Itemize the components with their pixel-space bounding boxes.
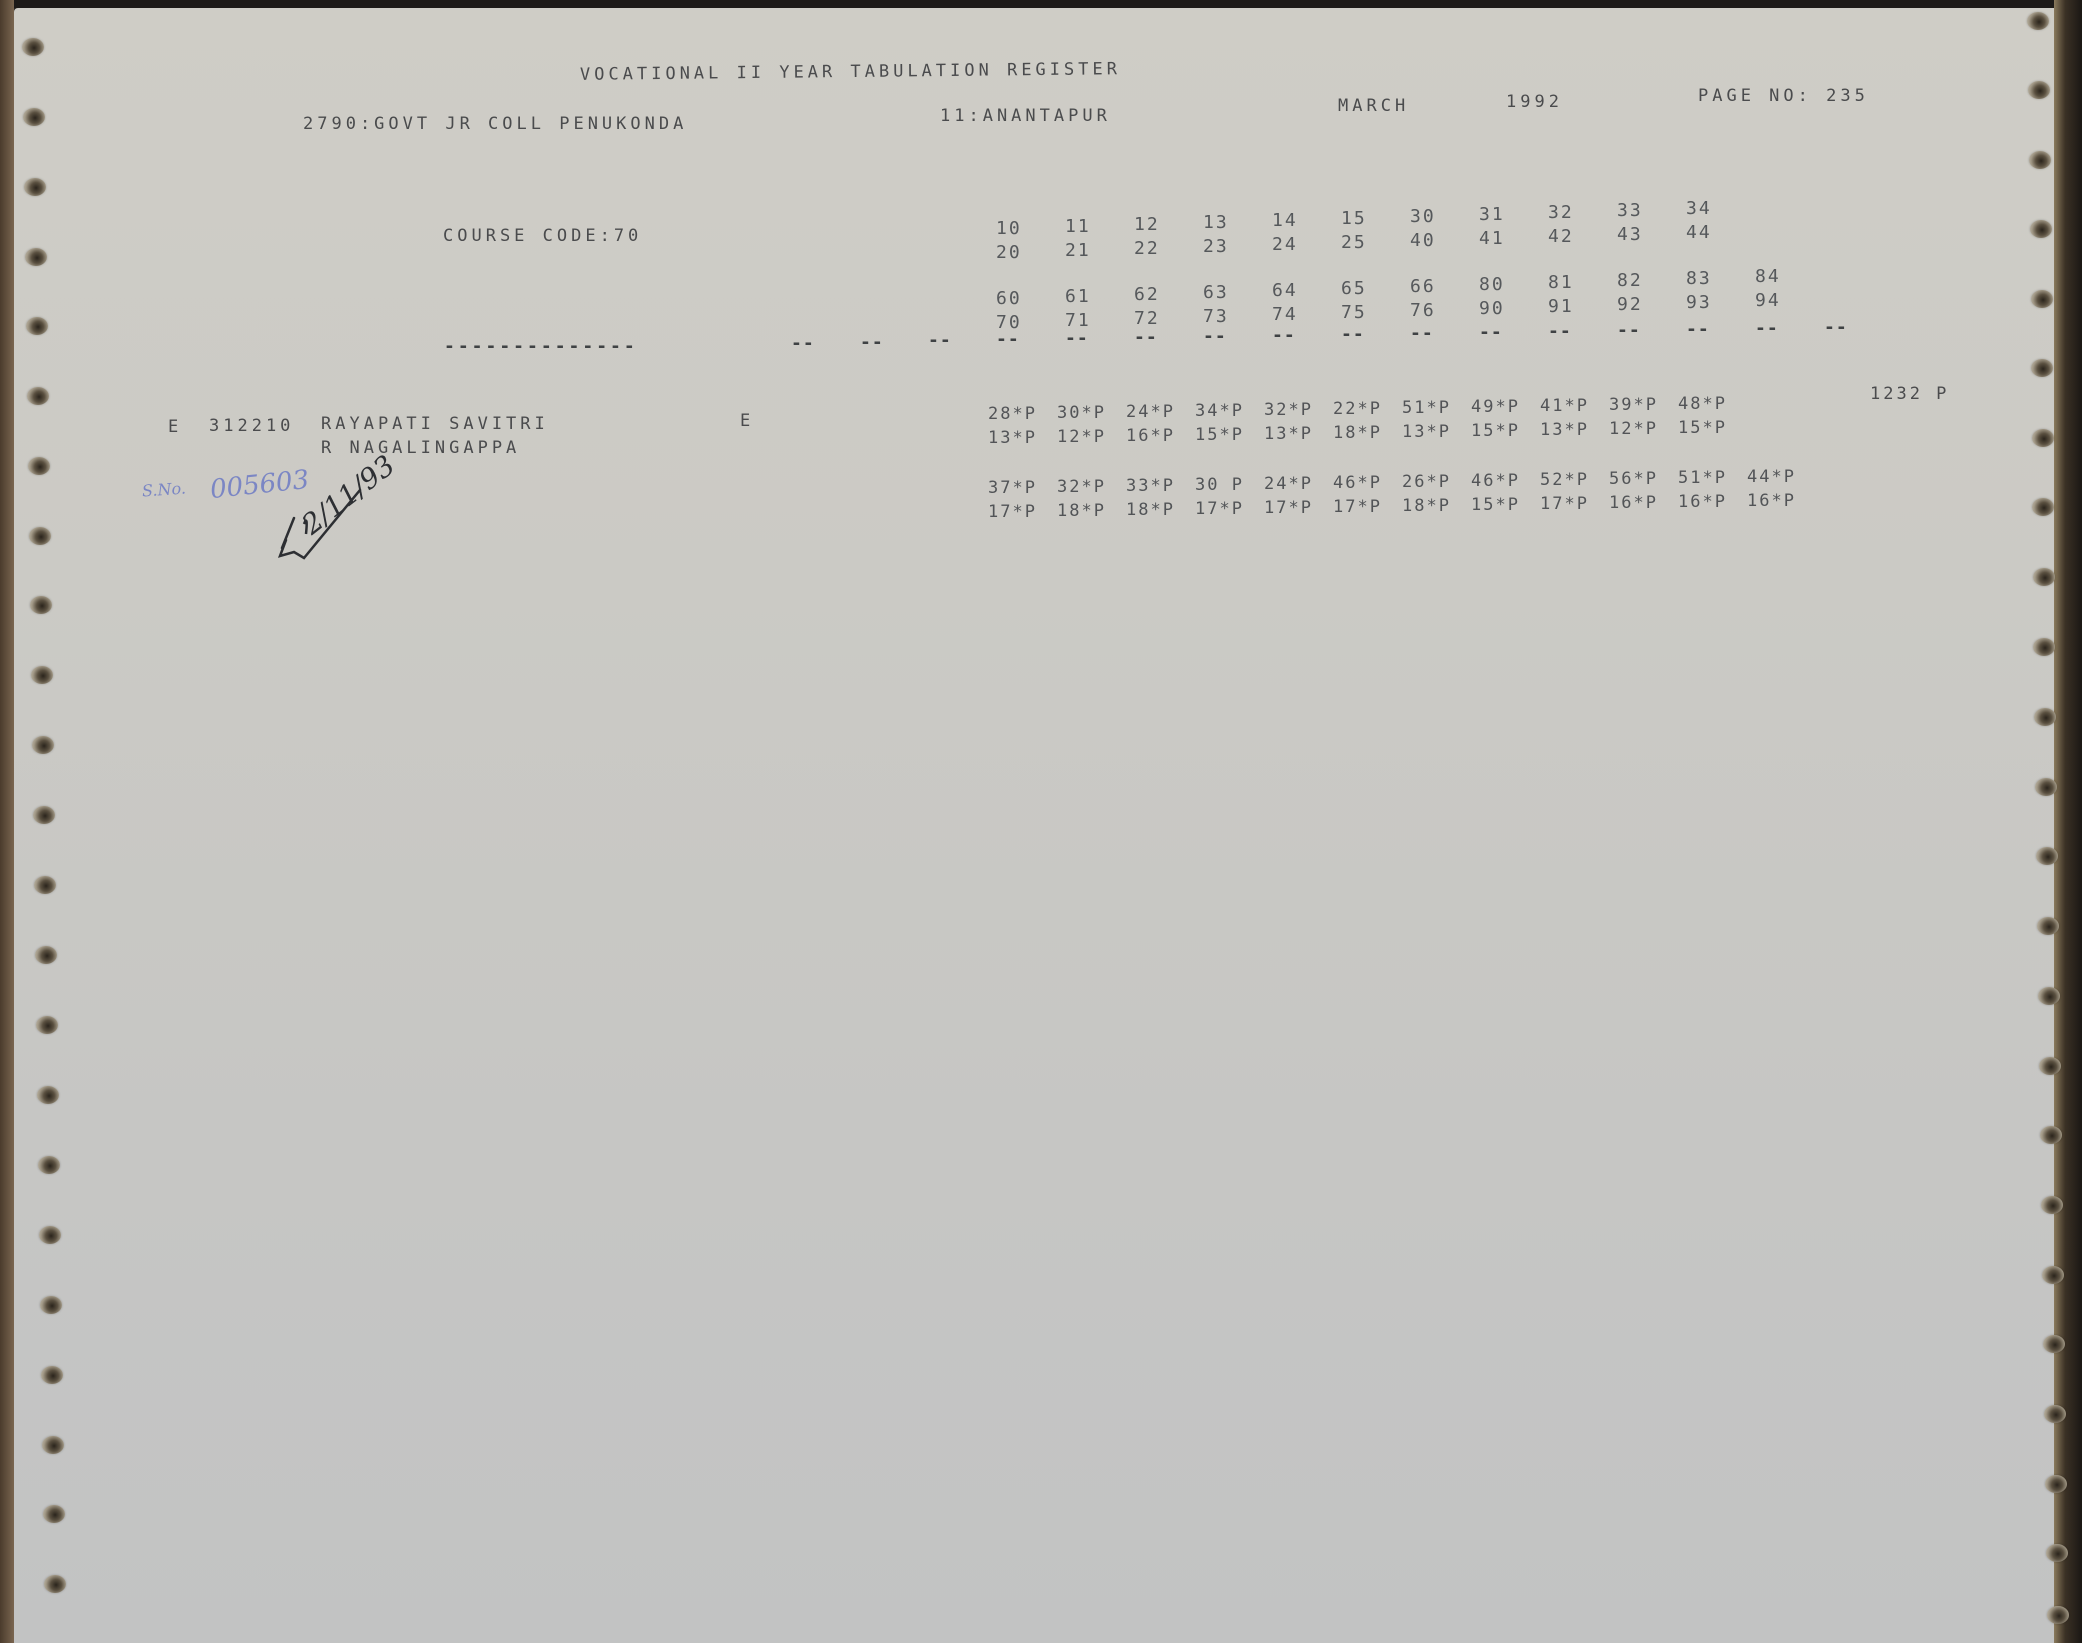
background-left-edge — [0, 0, 14, 1643]
mark-cell: 46*P — [1333, 475, 1382, 492]
separator-dash: -- — [996, 331, 1020, 349]
separator-dash: -- — [1410, 325, 1434, 343]
column-header: 41 — [1479, 230, 1505, 248]
column-header: 75 — [1341, 304, 1367, 322]
mark-cell: 18*P — [1402, 498, 1451, 515]
column-header: 42 — [1548, 228, 1574, 246]
feed-hole-icon — [32, 736, 54, 754]
continuous-form-page: VOCATIONAL II YEAR TABULATION REGISTER 2… — [14, 8, 2054, 1643]
column-header: 33 — [1617, 202, 1643, 220]
feed-hole-icon — [2047, 1606, 2069, 1624]
column-header: 13 — [1203, 214, 1229, 232]
mark-cell: 44*P — [1747, 469, 1796, 486]
feed-hole-icon — [28, 457, 50, 475]
feed-hole-icon — [29, 527, 51, 545]
column-header: 60 — [996, 290, 1022, 308]
feed-hole-icon — [30, 596, 52, 614]
feed-hole-icon — [41, 1366, 63, 1384]
column-header: 91 — [1548, 298, 1574, 316]
mark-cell: 52*P — [1540, 472, 1589, 489]
mark-cell: 17*P — [1195, 501, 1244, 518]
course-code: COURSE CODE:70 — [443, 228, 642, 245]
feed-hole-icon — [36, 1016, 58, 1034]
mark-cell: 15*P — [1471, 497, 1520, 514]
mark-cell: 48*P — [1678, 396, 1727, 413]
mark-cell: 32*P — [1057, 479, 1106, 496]
student-category: E — [740, 413, 754, 430]
column-header: 93 — [1686, 294, 1712, 312]
mark-cell: 30 P — [1195, 477, 1244, 494]
mark-cell: 26*P — [1402, 474, 1451, 491]
feed-hole-icon — [2027, 12, 2049, 30]
mark-cell: 15*P — [1195, 427, 1244, 444]
mark-cell: 16*P — [1609, 495, 1658, 512]
mark-cell: 51*P — [1678, 470, 1727, 487]
feed-hole-icon — [2035, 778, 2057, 796]
separator-dash: -- — [1134, 329, 1158, 347]
separator-dash: -- — [1272, 327, 1296, 345]
mark-cell: 12*P — [1609, 421, 1658, 438]
mark-cell: 12*P — [1057, 429, 1106, 446]
mark-cell: 49*P — [1471, 399, 1520, 416]
feed-hole-icon — [2045, 1475, 2067, 1493]
column-header: 10 — [996, 220, 1022, 238]
mark-cell: 13*P — [1402, 424, 1451, 441]
mark-cell: 17*P — [1264, 500, 1313, 517]
mark-cell: 13*P — [988, 430, 1037, 447]
separator-dash: -- — [1341, 326, 1365, 344]
column-header: 74 — [1272, 306, 1298, 324]
feed-hole-icon — [2037, 917, 2059, 935]
column-header: 63 — [1203, 284, 1229, 302]
column-header: 73 — [1203, 308, 1229, 326]
feed-hole-icon — [23, 108, 45, 126]
feed-hole-icon — [2034, 708, 2056, 726]
feed-hole-icon — [2031, 359, 2053, 377]
column-header: 12 — [1134, 216, 1160, 234]
feed-hole-icon — [27, 387, 49, 405]
background-top-edge — [0, 0, 2082, 8]
register-title: VOCATIONAL II YEAR TABULATION REGISTER — [580, 61, 1121, 84]
mark-cell: 24*P — [1126, 404, 1175, 421]
mark-cell: 56*P — [1609, 471, 1658, 488]
mark-cell: 15*P — [1678, 420, 1727, 437]
mark-cell: 13*P — [1264, 426, 1313, 443]
feed-hole-icon — [34, 876, 56, 894]
feed-hole-icon — [31, 666, 53, 684]
column-header: 83 — [1686, 270, 1712, 288]
column-header: 21 — [1065, 242, 1091, 260]
separator-dash: -- — [1755, 320, 1779, 338]
mark-cell: 16*P — [1678, 494, 1727, 511]
separator-dash: -- — [1824, 319, 1848, 337]
feed-hole-icon — [2031, 290, 2053, 308]
mark-cell: 18*P — [1057, 503, 1106, 520]
student-father-name: R NAGALINGAPPA — [321, 440, 520, 457]
feed-hole-icon — [26, 317, 48, 335]
mark-cell: 18*P — [1126, 502, 1175, 519]
column-header: 25 — [1341, 234, 1367, 252]
column-header: 92 — [1617, 296, 1643, 314]
mark-cell: 51*P — [1402, 400, 1451, 417]
feed-hole-icon — [2036, 847, 2058, 865]
mark-cell: 16*P — [1747, 493, 1796, 510]
column-header: 76 — [1410, 302, 1436, 320]
column-header: 20 — [996, 244, 1022, 262]
feed-hole-icon — [37, 1086, 59, 1104]
exam-month: MARCH — [1338, 98, 1409, 115]
column-header: 65 — [1341, 280, 1367, 298]
column-header: 80 — [1479, 276, 1505, 294]
mark-cell: 33*P — [1126, 478, 1175, 495]
column-header: 40 — [1410, 232, 1436, 250]
column-header: 23 — [1203, 238, 1229, 256]
feed-hole-icon — [43, 1505, 65, 1523]
mark-cell: 32*P — [1264, 402, 1313, 419]
mark-cell: 18*P — [1333, 425, 1382, 442]
feed-hole-icon — [40, 1296, 62, 1314]
column-header: 62 — [1134, 286, 1160, 304]
feed-hole-icon — [2032, 429, 2054, 447]
mark-cell: 13*P — [1540, 422, 1589, 439]
mark-cell: 17*P — [988, 504, 1037, 521]
separator-dash: -- — [1479, 324, 1503, 342]
feed-hole-icon — [2038, 987, 2060, 1005]
mark-cell: 37*P — [988, 480, 1037, 497]
feed-hole-icon — [2039, 1057, 2061, 1075]
feed-hole-icon — [2042, 1266, 2064, 1284]
student-total: 1232 P — [1870, 386, 1949, 403]
column-header: 84 — [1755, 268, 1781, 286]
feed-hole-icon — [2028, 81, 2050, 99]
student-medium: E — [168, 419, 182, 436]
feed-hole-icon — [2041, 1196, 2063, 1214]
feed-hole-icon — [2030, 220, 2052, 238]
feed-hole-icon — [33, 806, 55, 824]
student-name: RAYAPATI SAVITRI — [321, 416, 549, 433]
separator-dash: -- — [928, 332, 952, 350]
column-header: 72 — [1134, 310, 1160, 328]
feed-hole-icon — [24, 178, 46, 196]
separator-dash: -- — [1686, 321, 1710, 339]
column-header: 22 — [1134, 240, 1160, 258]
mark-cell: 28*P — [988, 406, 1037, 423]
college-name: 2790:GOVT JR COLL PENUKONDA — [303, 116, 687, 133]
column-header: 66 — [1410, 278, 1436, 296]
mark-cell: 24*P — [1264, 476, 1313, 493]
separator-dash: -- — [1548, 323, 1572, 341]
column-header: 94 — [1755, 292, 1781, 310]
mark-cell: 22*P — [1333, 401, 1382, 418]
column-header: 34 — [1686, 200, 1712, 218]
course-underline: -------------- — [444, 338, 638, 356]
feed-hole-icon — [2032, 498, 2054, 516]
exam-year: 1992 — [1506, 94, 1563, 111]
feed-hole-icon — [2033, 568, 2055, 586]
column-header: 61 — [1065, 288, 1091, 306]
mark-cell: 41*P — [1540, 398, 1589, 415]
page-number: PAGE NO: 235 — [1698, 88, 1869, 105]
column-header: 14 — [1272, 212, 1298, 230]
feed-hole-icon — [35, 946, 57, 964]
separator-dash: -- — [1065, 330, 1089, 348]
feed-hole-icon — [2044, 1405, 2066, 1423]
column-header: 64 — [1272, 282, 1298, 300]
mark-cell: 17*P — [1333, 499, 1382, 516]
feed-hole-icon — [38, 1156, 60, 1174]
separator-dash: -- — [791, 335, 815, 353]
mark-cell: 30*P — [1057, 405, 1106, 422]
feed-hole-icon — [2033, 638, 2055, 656]
feed-hole-icon — [39, 1226, 61, 1244]
feed-hole-icon — [42, 1436, 64, 1454]
column-header: 81 — [1548, 274, 1574, 292]
column-header: 11 — [1065, 218, 1091, 236]
district-name: 11:ANANTAPUR — [940, 108, 1111, 125]
separator-dash: -- — [1617, 322, 1641, 340]
column-header: 90 — [1479, 300, 1505, 318]
student-hall-ticket: 312210 — [209, 418, 294, 435]
mark-cell: 46*P — [1471, 473, 1520, 490]
feed-hole-icon — [2029, 151, 2051, 169]
handwritten-serial-label: S.No. — [141, 478, 186, 500]
mark-cell: 17*P — [1540, 496, 1589, 513]
mark-cell: 34*P — [1195, 403, 1244, 420]
feed-hole-icon — [22, 38, 44, 56]
feed-hole-icon — [2046, 1544, 2068, 1562]
background-right-edge — [2054, 0, 2082, 1643]
mark-cell: 15*P — [1471, 423, 1520, 440]
column-header: 44 — [1686, 224, 1712, 242]
feed-hole-icon — [44, 1575, 66, 1593]
separator-dash: -- — [1203, 328, 1227, 346]
mark-cell: 16*P — [1126, 428, 1175, 445]
column-header: 82 — [1617, 272, 1643, 290]
feed-hole-icon — [2040, 1126, 2062, 1144]
column-header: 31 — [1479, 206, 1505, 224]
column-header: 15 — [1341, 210, 1367, 228]
column-header: 32 — [1548, 204, 1574, 222]
mark-cell: 39*P — [1609, 397, 1658, 414]
column-header: 43 — [1617, 226, 1643, 244]
feed-hole-icon — [25, 248, 47, 266]
column-header: 30 — [1410, 208, 1436, 226]
separator-dash: -- — [860, 334, 884, 352]
feed-hole-icon — [2043, 1335, 2065, 1353]
column-header: 24 — [1272, 236, 1298, 254]
